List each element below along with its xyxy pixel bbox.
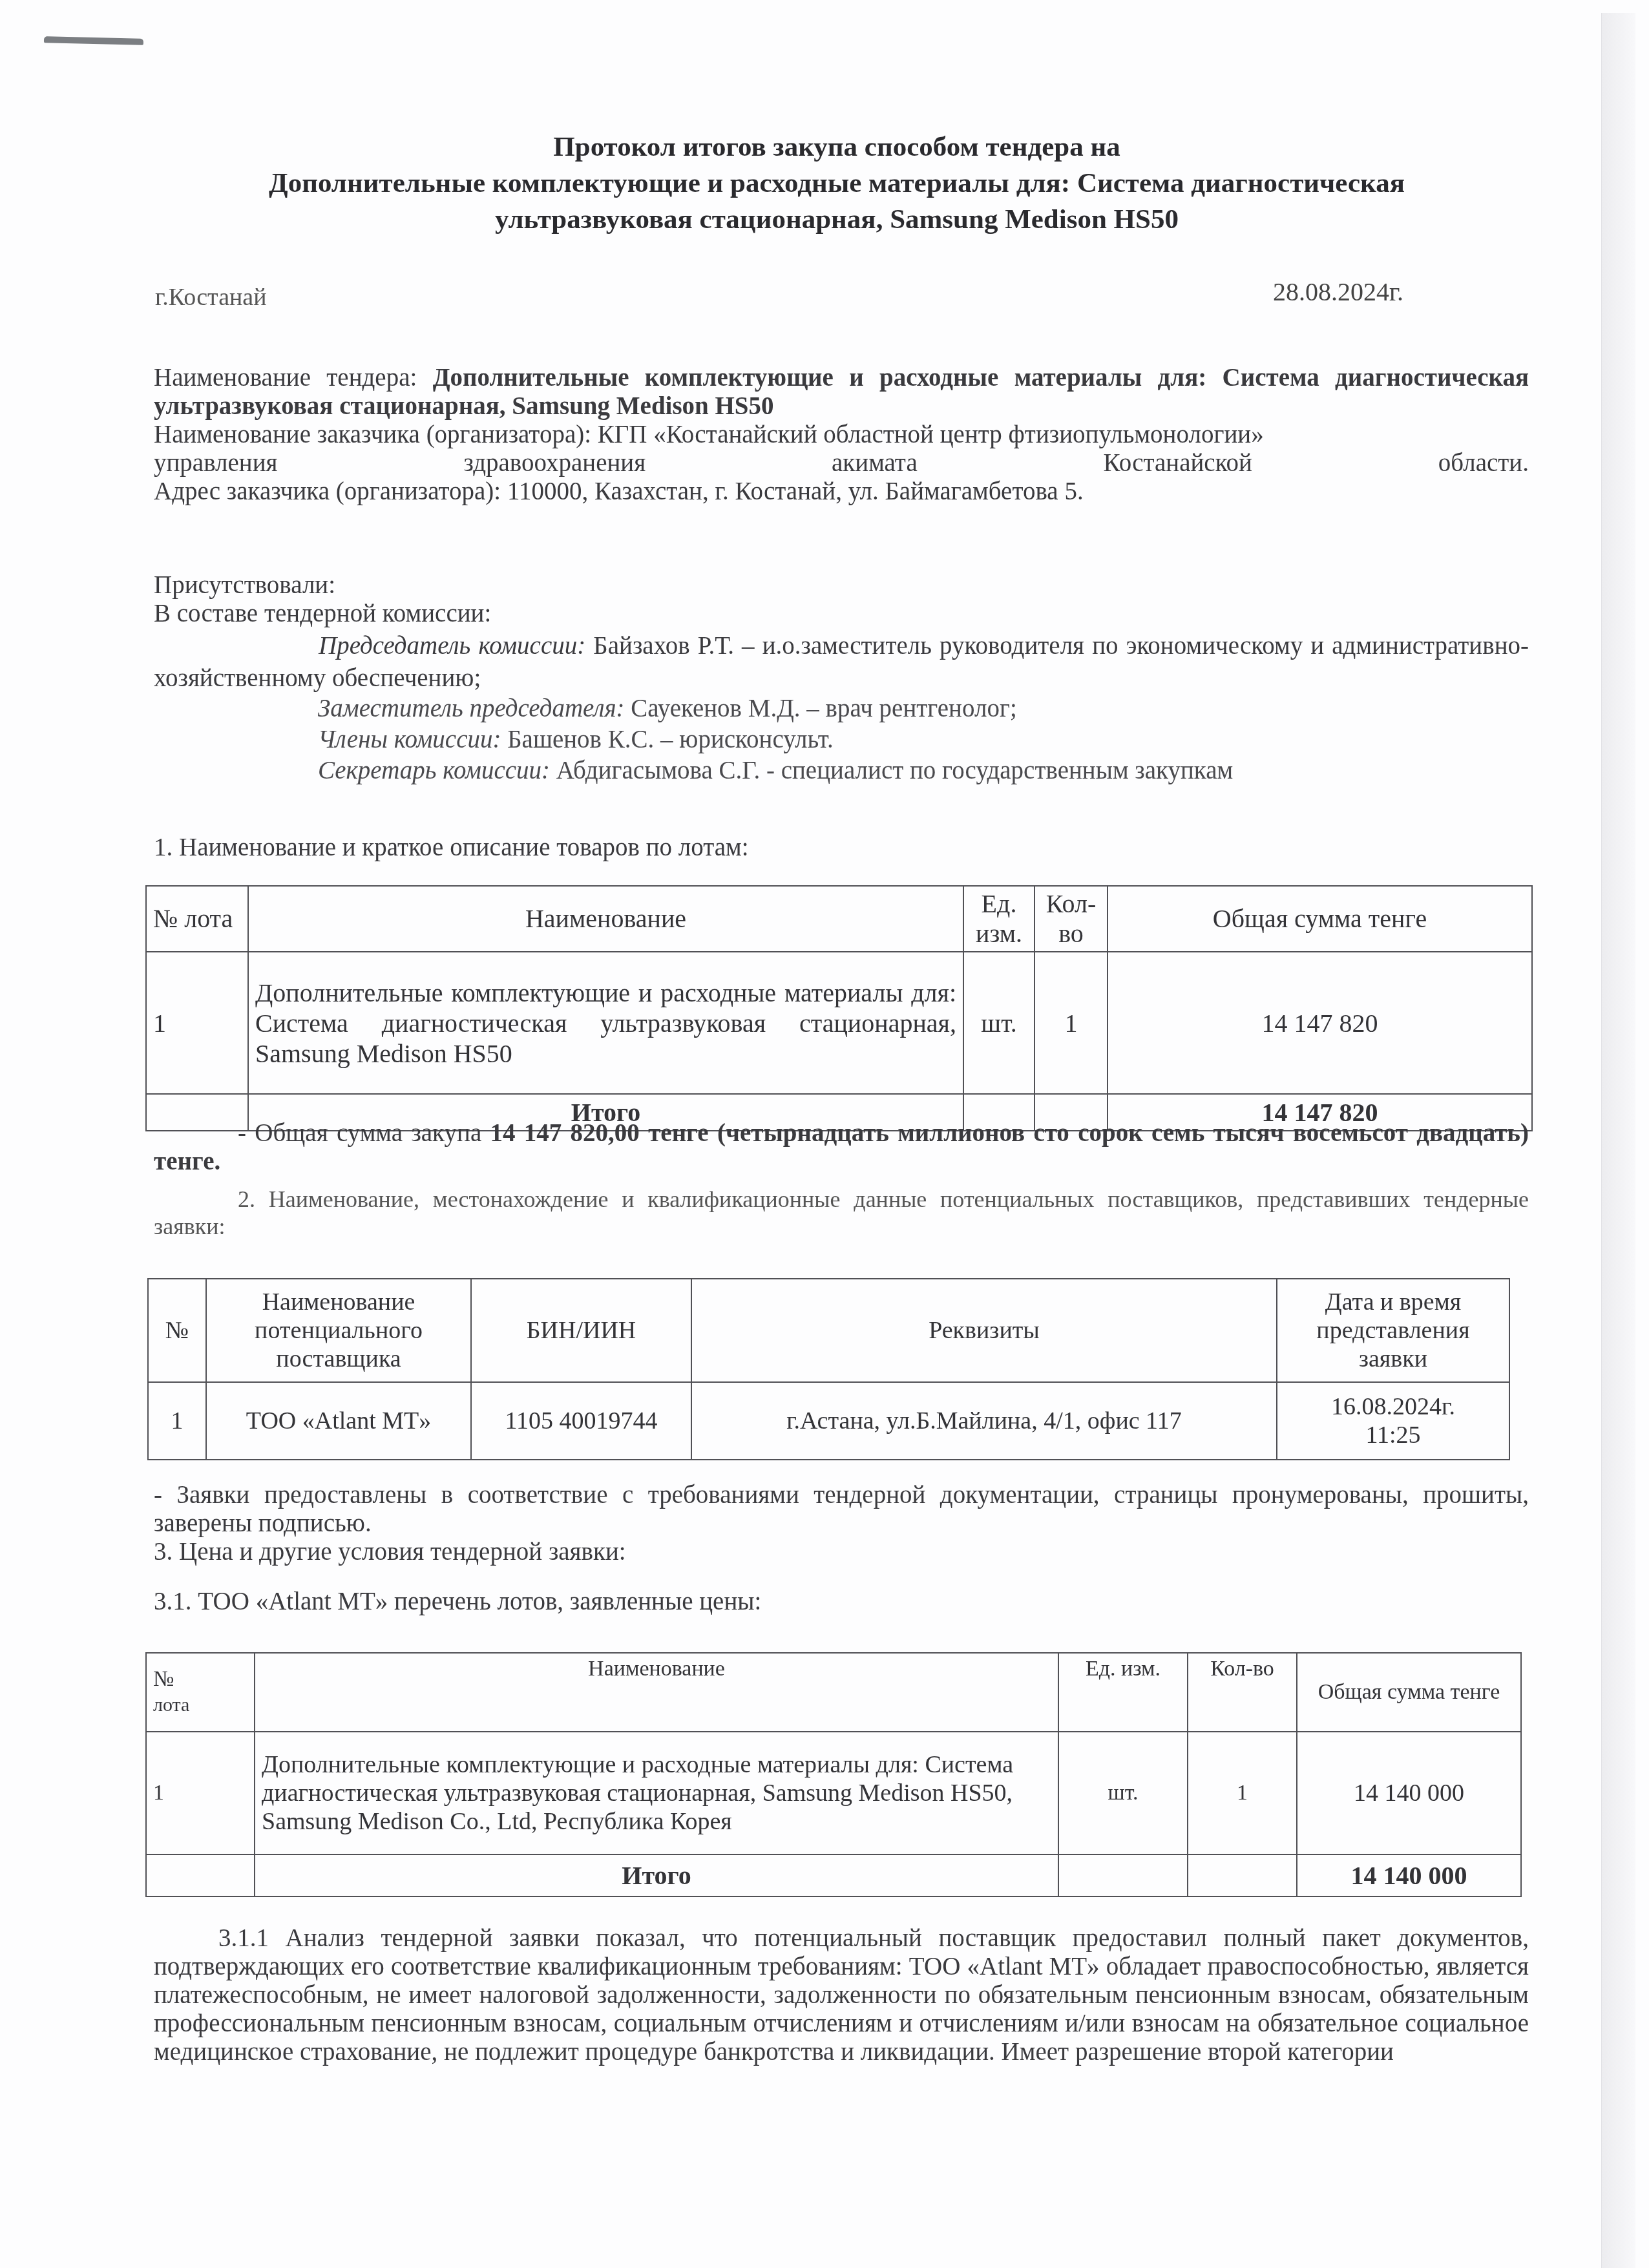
- document-date: 28.08.2024г.: [1273, 277, 1403, 307]
- empty-cell: [1188, 1854, 1297, 1896]
- cell-qty: 1: [1188, 1732, 1297, 1854]
- commission-members: Члены комиссии: Башенов К.С. – юрисконсу…: [318, 726, 834, 754]
- table-row: 1 Дополнительные комплектующие и расходн…: [146, 1732, 1521, 1854]
- col-details: Реквизиты: [691, 1279, 1277, 1382]
- cell-unit: шт.: [963, 952, 1035, 1094]
- col-lot-number: № лота: [146, 1653, 255, 1732]
- cell-number: 1: [148, 1382, 206, 1460]
- members-role: Члены комиссии:: [318, 726, 501, 753]
- title-line-1: Протокол итогов закупа способом тендера …: [142, 129, 1531, 165]
- cell-name: Дополнительные комплектующие и расходные…: [248, 952, 963, 1094]
- table-total-row: Итого 14 140 000: [146, 1854, 1521, 1896]
- section2-heading: 2. Наименование, местонахождение и квали…: [154, 1186, 1529, 1240]
- cell-submission: 16.08.2024г. 11:25: [1277, 1382, 1509, 1460]
- suppliers-table: № Наименование потенциального поставщика…: [147, 1278, 1510, 1460]
- table-row: 1 ТОО «Atlant MT» 1105 40019744 г.Астана…: [148, 1382, 1509, 1460]
- col-name: Наименование: [248, 886, 963, 952]
- cell-total: 14 140 000: [1297, 1732, 1521, 1854]
- cell-details: г.Астана, ул.Б.Майлина, 4/1, офис 117: [691, 1382, 1277, 1460]
- customer-name: Наименование заказчика (организатора): К…: [154, 421, 1264, 449]
- members-text: Башенов К.С. – юрисконсульт.: [507, 726, 833, 753]
- cell-bin: 1105 40019744: [471, 1382, 691, 1460]
- col-supplier-name: Наименование потенциального поставщика: [206, 1279, 471, 1382]
- total-label: Итого: [255, 1854, 1058, 1896]
- title-line-3: ультразвуковая стационарная, Samsung Med…: [142, 202, 1531, 238]
- staple-mark: [44, 36, 143, 45]
- secretary-role: Секретарь комиссии:: [318, 757, 550, 784]
- col-qty: Кол-во: [1035, 886, 1108, 952]
- customer-label: Наименование заказчика (организатора):: [154, 421, 591, 448]
- scanned-page-edge: [1601, 13, 1635, 2268]
- bid-table-header: № лота Наименование Ед. изм. Кол-во Обща…: [146, 1653, 1521, 1732]
- cell-supplier: ТОО «Atlant MT»: [206, 1382, 471, 1460]
- address-label: Адрес заказчика (организатора):: [154, 478, 501, 505]
- empty-cell: [1058, 1854, 1188, 1896]
- present-label: Присутствовали:: [154, 571, 335, 600]
- cell-name: Дополнительные комплектующие и расходные…: [255, 1732, 1058, 1854]
- tender-name: Наименование тендера: Дополнительные ком…: [154, 364, 1529, 421]
- customer-address: Адрес заказчика (организатора): 110000, …: [154, 478, 1084, 506]
- section3-subheading: 3.1. ТОО «Atlant MT» перечень лотов, зая…: [154, 1588, 761, 1616]
- cell-qty: 1: [1035, 952, 1108, 1094]
- cell-lot: 1: [146, 952, 248, 1094]
- title-line-2: Дополнительные комплектующие и расходные…: [142, 165, 1531, 202]
- bid-analysis: 3.1.1 Анализ тендерной заявки показал, ч…: [154, 1924, 1529, 2066]
- address-value: 110000, Казахстан, г. Костанай, ул. Байм…: [507, 478, 1084, 505]
- col-total: Общая сумма тенге: [1297, 1653, 1521, 1732]
- document-title: Протокол итогов закупа способом тендера …: [142, 129, 1531, 238]
- section1-heading: 1. Наименование и краткое описание товар…: [154, 834, 749, 862]
- col-submission-date: Дата и время представления заявки: [1277, 1279, 1509, 1382]
- cell-total: 14 147 820: [1108, 952, 1532, 1094]
- cell-unit: шт.: [1058, 1732, 1188, 1854]
- empty-cell: [146, 1854, 255, 1896]
- total-value: 14 140 000: [1297, 1854, 1521, 1896]
- applications-note: - Заявки предоставлены в соответствие с …: [154, 1481, 1529, 1538]
- section3-heading: 3. Цена и другие условия тендерной заявк…: [154, 1538, 626, 1566]
- chair-role: Председатель комиссии:: [319, 632, 585, 660]
- commission-chair: Председатель комиссии: Байзахов Р.Т. – и…: [154, 630, 1529, 695]
- customer-value-line1: КГП «Костанайский областной центр фтизио…: [598, 421, 1264, 448]
- deputy-text: Сауекенов М.Д. – врач рентгенолог;: [631, 695, 1016, 722]
- customer-value-line2: управления здравоохранения акимата Коста…: [154, 449, 1529, 478]
- submission-date: 16.08.2024г.: [1284, 1392, 1502, 1421]
- col-total: Общая сумма тенге: [1108, 886, 1532, 952]
- tender-name-label: Наименование тендера:: [154, 364, 417, 392]
- summary-prefix: - Общая сумма закупа: [238, 1119, 490, 1147]
- col-number: №: [148, 1279, 206, 1382]
- col-name: Наименование: [255, 1653, 1058, 1732]
- col-unit: Ед. изм.: [1058, 1653, 1188, 1732]
- col-qty: Кол-во: [1188, 1653, 1297, 1732]
- lots-table: № лота Наименование Ед. изм. Кол-во Обща…: [145, 885, 1533, 1131]
- commission-composition-label: В составе тендерной комиссии:: [154, 600, 491, 628]
- col-unit: Ед. изм.: [963, 886, 1035, 952]
- col-bin: БИН/ИИН: [471, 1279, 691, 1382]
- procurement-total-summary: - Общая сумма закупа 14 147 820,00 тенге…: [154, 1119, 1529, 1176]
- deputy-role: Заместитель председателя:: [318, 695, 625, 722]
- commission-secretary: Секретарь комиссии: Абдигасымова С.Г. - …: [318, 757, 1233, 785]
- table-row: 1 Дополнительные комплектующие и расходн…: [146, 952, 1532, 1094]
- suppliers-table-header: № Наименование потенциального поставщика…: [148, 1279, 1509, 1382]
- document-city: г.Костанай: [155, 283, 267, 311]
- lots-table-header: № лота Наименование Ед. изм. Кол-во Обща…: [146, 886, 1532, 952]
- cell-lot: 1: [146, 1732, 255, 1854]
- secretary-text: Абдигасымова С.Г. - специалист по госуда…: [556, 757, 1233, 784]
- col-lot-number: № лота: [146, 886, 248, 952]
- col-lot-line1: №: [153, 1666, 247, 1692]
- col-lot-line2: лота: [153, 1692, 247, 1718]
- commission-deputy: Заместитель председателя: Сауекенов М.Д.…: [318, 695, 1017, 723]
- bid-prices-table: № лота Наименование Ед. изм. Кол-во Обща…: [145, 1652, 1522, 1897]
- submission-time: 11:25: [1284, 1421, 1502, 1449]
